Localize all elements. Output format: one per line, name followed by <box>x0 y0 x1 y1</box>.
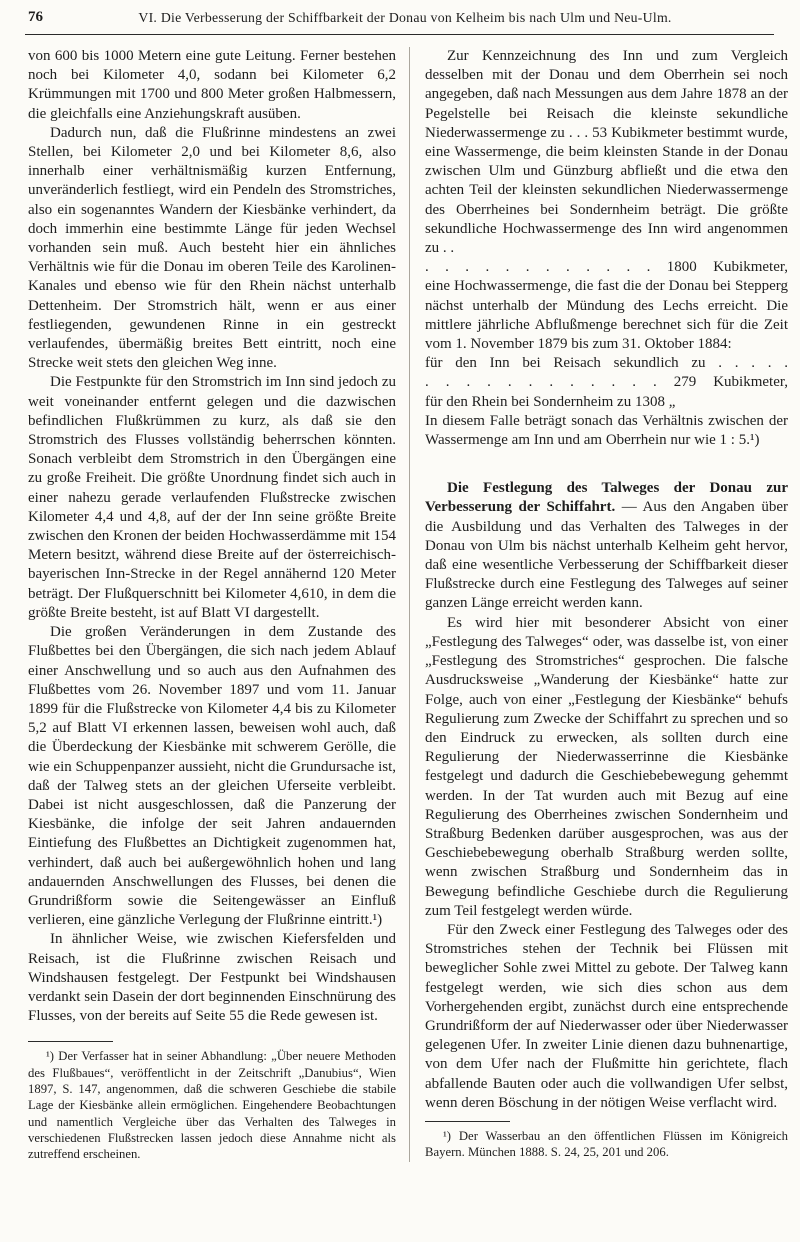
text-columns: von 600 bis 1000 Metern eine gute Leitun… <box>28 47 788 1162</box>
measurement-line: für den Rhein bei Sondernheim zu 1308 „ <box>425 393 788 412</box>
paragraph: Die Festpunkte für den Stromstrich im In… <box>28 373 396 623</box>
book-page: 76 VI. Die Verbesserung der Schiffbarkei… <box>0 0 800 1242</box>
right-footnote-block: ¹) Der Wasserbau an den öffentlichen Flü… <box>425 1121 788 1161</box>
measurement-line: für den Inn bei Reisach sekundlich zu . … <box>425 354 788 373</box>
paragraph: eine Hochwassermenge, die fast die der D… <box>425 277 788 354</box>
running-header-title: VI. Die Verbesserung der Schiffbarkeit d… <box>28 7 772 26</box>
section-paragraph: Die Festlegung des Talweges der Donau zu… <box>425 479 788 613</box>
footnote-rule <box>425 1121 510 1122</box>
paragraph: Für den Zweck einer Festlegung des Talwe… <box>425 921 788 1113</box>
paragraph: In ähnlicher Weise, wie zwischen Kiefers… <box>28 930 396 1026</box>
footnote: ¹) Der Wasserbau an den öffentlichen Flü… <box>425 1128 788 1161</box>
paragraph: Dadurch nun, daß die Flußrinne mindesten… <box>28 124 396 374</box>
header-rule <box>25 34 774 35</box>
section-body-text: — Aus den Angaben über die Ausbildung un… <box>425 499 788 611</box>
page-header: 76 VI. Die Verbesserung der Schiffbarkei… <box>28 7 772 31</box>
dot-leader-line: . . . . . . . . . . . . 1800 Kubikmeter, <box>425 258 788 277</box>
page-number: 76 <box>28 9 43 26</box>
column-divider-rule <box>409 47 410 1162</box>
left-column: von 600 bis 1000 Metern eine gute Leitun… <box>28 47 396 1162</box>
paragraph: In diesem Falle beträgt sonach das Verhä… <box>425 412 788 450</box>
paragraph: von 600 bis 1000 Metern eine gute Leitun… <box>28 47 396 124</box>
paragraph: Zur Kennzeichnung des Inn und zum Vergle… <box>425 47 788 258</box>
dot-leader-line: . . . . . . . . . . . . 279 Kubikmeter, <box>425 373 788 392</box>
paragraph: Es wird hier mit besonderer Absicht von … <box>425 614 788 921</box>
left-footnote-block: ¹) Der Verfasser hat in seiner Abhandlun… <box>28 1041 396 1162</box>
footnote: ¹) Der Verfasser hat in seiner Abhandlun… <box>28 1048 396 1162</box>
right-column: Zur Kennzeichnung des Inn und zum Vergle… <box>425 47 788 1162</box>
paragraph: Die großen Veränderungen in dem Zustande… <box>28 623 396 930</box>
footnote-rule <box>28 1041 113 1042</box>
